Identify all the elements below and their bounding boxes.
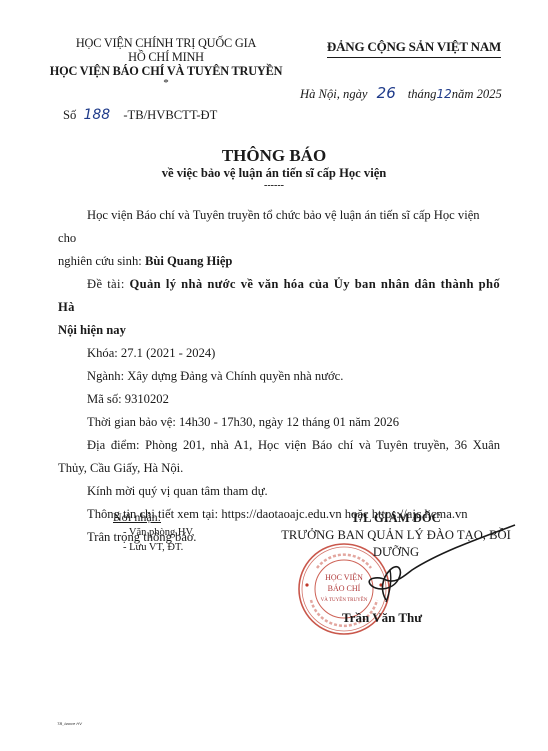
candidate-line: nghiên cứu sinh: Bùi Quang Hiệp	[58, 250, 500, 273]
org-star: *	[30, 78, 302, 88]
recipients-label: Nơi nhận:	[113, 510, 194, 525]
candidate-name: Bùi Quang Hiệp	[145, 254, 233, 268]
candidate-label: nghiên cứu sinh:	[58, 254, 142, 268]
signer-name: Trần Văn Thư	[322, 610, 442, 626]
place-date: Hà Nội, ngày 26tháng12năm 2025	[300, 84, 502, 102]
place-prefix: Hà Nội, ngày	[300, 87, 368, 101]
recipient-item: - Văn phòng HV,	[113, 525, 194, 540]
month-prefix: tháng	[408, 87, 437, 101]
footer-file-code: TB_baove HV	[57, 721, 82, 726]
topic-title-part2: Nội hiện nay	[58, 319, 500, 342]
document-number: Số 188 -TB/HVBCTT-ĐT	[63, 107, 217, 123]
document-body: Học viện Báo chí và Tuyên truyền tổ chức…	[58, 204, 500, 549]
party-name: ĐẢNG CỘNG SẢN VIỆT NAM	[327, 39, 501, 58]
signature-position: TRƯỞNG BAN QUẢN LÝ ĐÀO TẠO, BỒI DƯỠNG	[262, 527, 530, 561]
signature-block: T/L GIÁM ĐỐC TRƯỞNG BAN QUẢN LÝ ĐÀO TẠO,…	[262, 510, 530, 561]
doc-no-prefix: Số	[63, 108, 76, 122]
topic-line: Đề tài: Quản lý nhà nước về văn hóa của …	[58, 273, 500, 319]
doc-no-suffix: -TB/HVBCTT-ĐT	[123, 108, 217, 122]
major-line: Ngành: Xây dựng Đảng và Chính quyền nhà …	[58, 365, 500, 388]
intro-line: Học viện Báo chí và Tuyên truyền tổ chức…	[58, 204, 500, 250]
parent-org-line2: HỒ CHÍ MINH	[30, 50, 302, 64]
recipients-block: Nơi nhận: - Văn phòng HV, - Lưu VT, ĐT.	[113, 510, 194, 555]
document-subtitle: về việc bảo vệ luận án tiến sĩ cấp Học v…	[0, 166, 548, 181]
org-name: HỌC VIỆN BÁO CHÍ VÀ TUYÊN TRUYỀN	[30, 64, 302, 78]
code-line: Mã số: 9310202	[58, 388, 500, 411]
title-separator: ------	[0, 180, 548, 191]
location-line: Địa điểm: Phòng 201, nhà A1, Học viện Bá…	[58, 434, 500, 457]
topic-label: Đề tài:	[87, 277, 125, 291]
defense-time-line: Thời gian bảo vệ: 14h30 - 17h30, ngày 12…	[58, 411, 500, 434]
location-line-cont: Thủy, Cầu Giấy, Hà Nội.	[58, 457, 500, 480]
parent-org-line1: HỌC VIỆN CHÍNH TRỊ QUỐC GIA	[30, 36, 302, 50]
issuing-organization: HỌC VIỆN CHÍNH TRỊ QUỐC GIA HỒ CHÍ MINH …	[30, 36, 302, 88]
invite-line: Kính mời quý vị quan tâm tham dự.	[58, 480, 500, 503]
signature-on-behalf: T/L GIÁM ĐỐC	[262, 510, 530, 527]
document-title: THÔNG BÁO	[0, 146, 548, 166]
recipient-item: - Lưu VT, ĐT.	[113, 540, 194, 555]
handwritten-month: 12	[436, 87, 451, 101]
topic-title-part1: Quản lý nhà nước về văn hóa của Ủy ban n…	[58, 277, 500, 314]
handwritten-day: 26	[377, 84, 396, 102]
handwritten-doc-no: 188	[83, 107, 110, 123]
party-header: ĐẢNG CỘNG SẢN VIỆT NAM	[302, 38, 526, 58]
course-line: Khóa: 27.1 (2021 - 2024)	[58, 342, 500, 365]
year-text: năm 2025	[452, 87, 502, 101]
